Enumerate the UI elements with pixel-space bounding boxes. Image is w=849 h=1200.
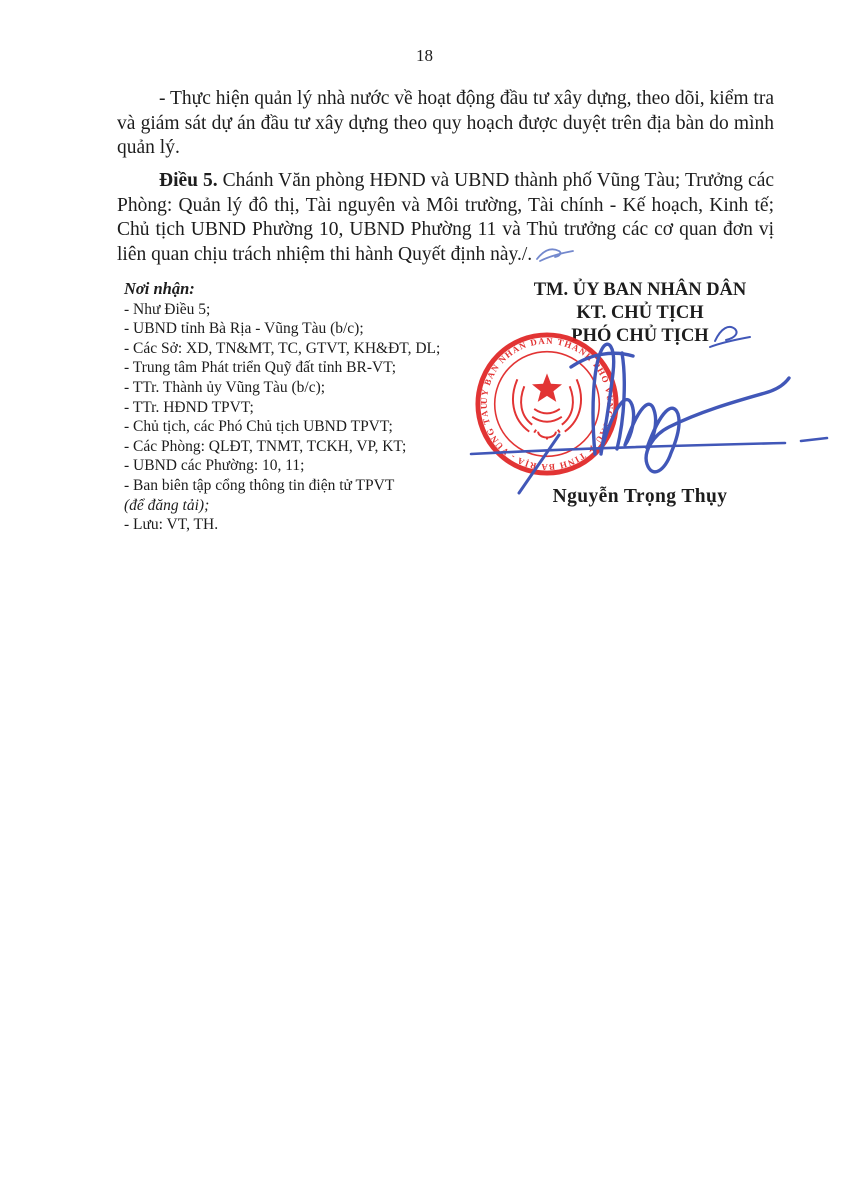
recipient-item-note: (để đăng tải); bbox=[124, 496, 464, 516]
paragraph-duty: - Thực hiện quản lý nhà nước về hoạt độn… bbox=[117, 87, 774, 161]
deputy-line: KT. CHỦ TỊCH bbox=[455, 302, 825, 325]
paragraph-article-5: Điều 5. Chánh Văn phòng HĐND và UBND thà… bbox=[117, 169, 774, 267]
recipient-item: - UBND các Phường: 10, 11; bbox=[124, 456, 464, 476]
recipient-item: - Các Phòng: QLĐT, TNMT, TCKH, VP, KT; bbox=[124, 437, 464, 457]
page-number: 18 bbox=[0, 46, 849, 66]
initial-paraph-icon bbox=[534, 244, 576, 264]
recipients-heading: Nơi nhận: bbox=[124, 279, 464, 299]
recipient-item: - Ban biên tập cổng thông tin điện tử TP… bbox=[124, 476, 464, 496]
recipient-item: - Như Điều 5; bbox=[124, 300, 464, 320]
document-page: 18 - Thực hiện quản lý nhà nước về hoạt … bbox=[0, 0, 849, 1200]
recipient-item: - Trung tâm Phát triển Quỹ đất tỉnh BR-V… bbox=[124, 358, 464, 378]
on-behalf-line: TM. ỦY BAN NHÂN DÂN bbox=[455, 279, 825, 302]
recipient-item: - Chủ tịch, các Phó Chủ tịch UBND TPVT; bbox=[124, 417, 464, 437]
recipient-item: - UBND tỉnh Bà Rịa - Vũng Tàu (b/c); bbox=[124, 319, 464, 339]
recipient-item: - TTr. HĐND TPVT; bbox=[124, 398, 464, 418]
recipient-item: - Lưu: VT, TH. bbox=[124, 515, 464, 535]
recipient-item: - Các Sở: XD, TN&MT, TC, GTVT, KH&ĐT, DL… bbox=[124, 339, 464, 359]
handwritten-signature bbox=[455, 333, 835, 498]
article-5-label: Điều 5. bbox=[159, 170, 218, 191]
recipients-block: Nơi nhận: - Như Điều 5; - UBND tỉnh Bà R… bbox=[124, 279, 464, 535]
recipient-item: - TTr. Thành ủy Vũng Tàu (b/c); bbox=[124, 378, 464, 398]
